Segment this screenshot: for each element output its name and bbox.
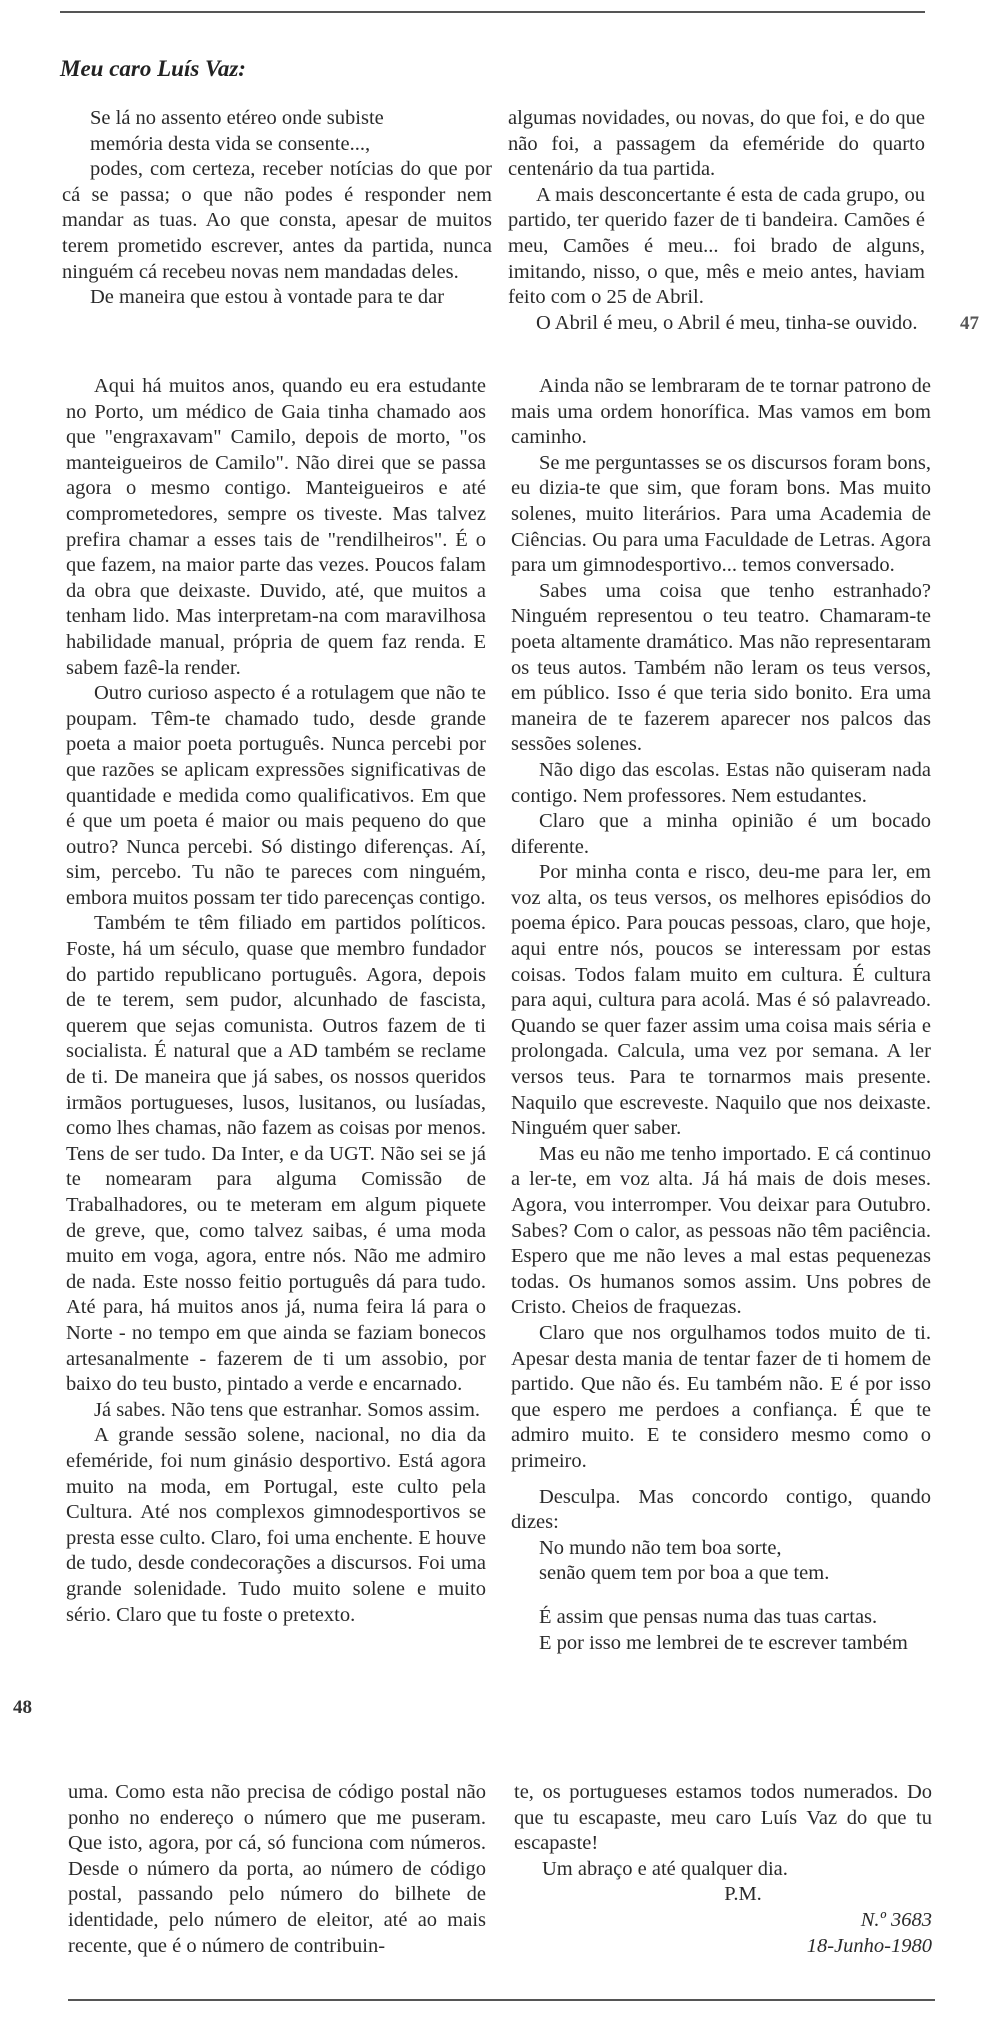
- signature: P.M.: [514, 1882, 932, 1908]
- paragraph: algumas novidades, ou novas, do que foi,…: [508, 106, 925, 183]
- bottom-left-column: uma. Como esta não precisa de código pos…: [68, 1780, 486, 1959]
- paragraph: O Abril é meu, o Abril é meu, tinha-se o…: [508, 311, 925, 337]
- paragraph: Também te têm filiado em partidos políti…: [66, 911, 486, 1397]
- bottom-right-column: te, os portugueses estamos todos numerad…: [514, 1780, 932, 1959]
- paragraph: De maneira que estou à vontade para te d…: [62, 285, 492, 311]
- top-rule: [60, 11, 925, 13]
- paragraph: Sabes uma coisa que tenho estranhado? Ni…: [511, 579, 931, 758]
- paragraph: A grande sessão solene, nacional, no dia…: [66, 1423, 486, 1628]
- paragraph: Desculpa. Mas concordo contigo, quando d…: [511, 1485, 931, 1536]
- paragraph: Por minha conta e risco, deu-me para ler…: [511, 860, 931, 1142]
- paragraph: E por isso me lembrei de te escrever tam…: [511, 1631, 931, 1657]
- paragraph: Ainda não se lembraram de te tornar patr…: [511, 374, 931, 451]
- closing-line: Um abraço e até qualquer dia.: [514, 1857, 932, 1883]
- paragraph: Aqui há muitos anos, quando eu era estud…: [66, 374, 486, 681]
- paragraph: Claro que a minha opinião é um bocado di…: [511, 809, 931, 860]
- paragraph: Outro curioso aspecto é a rotulagem que …: [66, 681, 486, 911]
- paragraph: Não digo das escolas. Estas não quiseram…: [511, 758, 931, 809]
- paragraph: uma. Como esta não precisa de código pos…: [68, 1780, 486, 1959]
- middle-right-column: Ainda não se lembraram de te tornar patr…: [511, 374, 931, 1656]
- letter-date: 18-Junho-1980: [514, 1934, 932, 1960]
- page-number-left: 48: [13, 1697, 32, 1719]
- paragraph: Claro que nos orgulhamos todos muito de …: [511, 1321, 931, 1475]
- paragraph: Já sabes. Não tens que estranhar. Somos …: [66, 1398, 486, 1424]
- verse-quote-line-1: Se lá no assento etéreo onde subiste: [62, 106, 492, 132]
- verse-line-2: senão quem tem por boa a que tem.: [511, 1561, 931, 1587]
- bottom-rule: [68, 1999, 935, 2001]
- top-right-column: algumas novidades, ou novas, do que foi,…: [508, 106, 925, 336]
- middle-left-column: Aqui há muitos anos, quando eu era estud…: [66, 374, 486, 1628]
- paragraph: Mas eu não me tenho importado. E cá cont…: [511, 1142, 931, 1321]
- paragraph: te, os portugueses estamos todos numerad…: [514, 1780, 932, 1857]
- issue-number: N.º 3683: [514, 1908, 932, 1934]
- paragraph: podes, com certeza, receber notícias do …: [62, 157, 492, 285]
- letter-salutation: Meu caro Luís Vaz:: [60, 56, 246, 82]
- page-number-right: 47: [960, 313, 979, 335]
- paragraph: A mais desconcertante é esta de cada gru…: [508, 183, 925, 311]
- verse-quote-line-2: memória desta vida se consente...,: [62, 132, 492, 158]
- verse-line-1: No mundo não tem boa sorte,: [511, 1536, 931, 1562]
- paragraph: É assim que pensas numa das tuas cartas.: [511, 1605, 931, 1631]
- top-left-column: Se lá no assento etéreo onde subiste mem…: [62, 106, 492, 311]
- paragraph: Se me perguntasses se os discursos foram…: [511, 451, 931, 579]
